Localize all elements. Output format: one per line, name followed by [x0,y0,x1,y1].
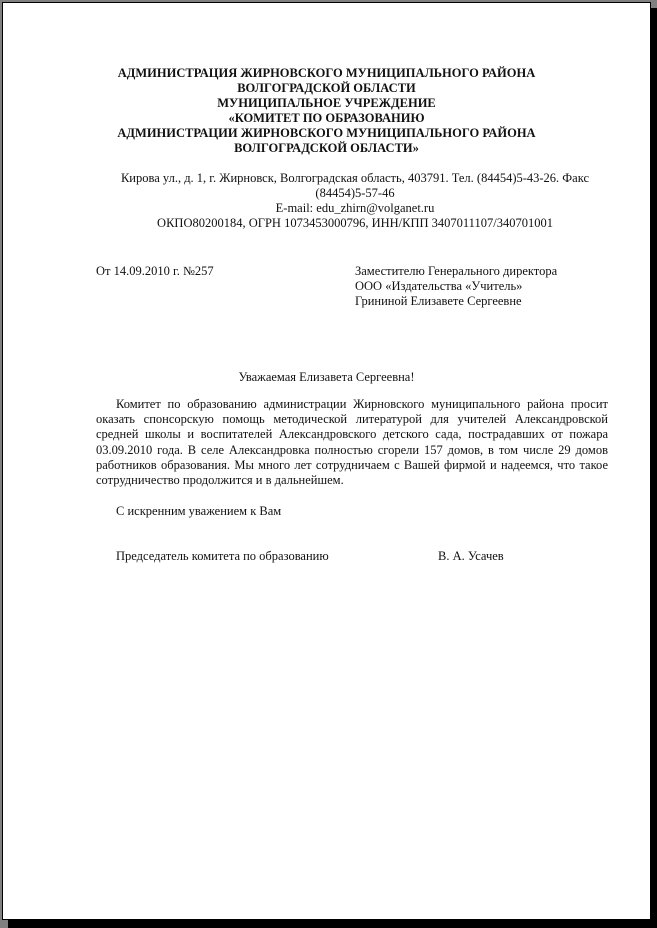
contact-email: E-mail: edu_zhirn@volganet.ru [95,201,615,216]
body-paragraph: Комитет по образованию администрации Жир… [96,397,608,488]
addressee-line: ООО «Издательства «Учитель» [355,279,557,294]
addressee-line: Заместителю Генерального директора [355,264,557,279]
letterhead-line: ВОЛГОГРАДСКОЙ ОБЛАСТИ» [3,141,650,156]
contacts-block: Кирова ул., д. 1, г. Жирновск, Волгоград… [95,171,615,231]
letterhead-line: АДМИНИСТРАЦИЯ ЖИРНОВСКОГО МУНИЦИПАЛЬНОГО… [3,66,650,81]
closing: С искренним уважением к Вам [116,504,281,519]
letterhead-line: АДМИНИСТРАЦИИ ЖИРНОВСКОГО МУНИЦИПАЛЬНОГО… [3,126,650,141]
addressee-block: Заместителю Генерального директора ООО «… [355,264,557,309]
signature-name: В. А. Усачев [438,549,504,564]
letter-date-number: От 14.09.2010 г. №257 [96,264,214,279]
greeting: Уважаемая Елизавета Сергеевна! [3,370,650,385]
signature-title: Председатель комитета по образованию [116,549,329,564]
addressee-line: Грининой Елизавете Сергеевне [355,294,557,309]
document-page: АДМИНИСТРАЦИЯ ЖИРНОВСКОГО МУНИЦИПАЛЬНОГО… [2,2,651,920]
letterhead: АДМИНИСТРАЦИЯ ЖИРНОВСКОГО МУНИЦИПАЛЬНОГО… [3,66,650,156]
letterhead-line: «КОМИТЕТ ПО ОБРАЗОВАНИЮ [3,111,650,126]
letterhead-line: МУНИЦИПАЛЬНОЕ УЧРЕЖДЕНИЕ [3,96,650,111]
contact-address: Кирова ул., д. 1, г. Жирновск, Волгоград… [95,171,615,201]
contact-registration: ОКПО80200184, ОГРН 1073453000796, ИНН/КП… [95,216,615,231]
letterhead-line: ВОЛГОГРАДСКОЙ ОБЛАСТИ [3,81,650,96]
